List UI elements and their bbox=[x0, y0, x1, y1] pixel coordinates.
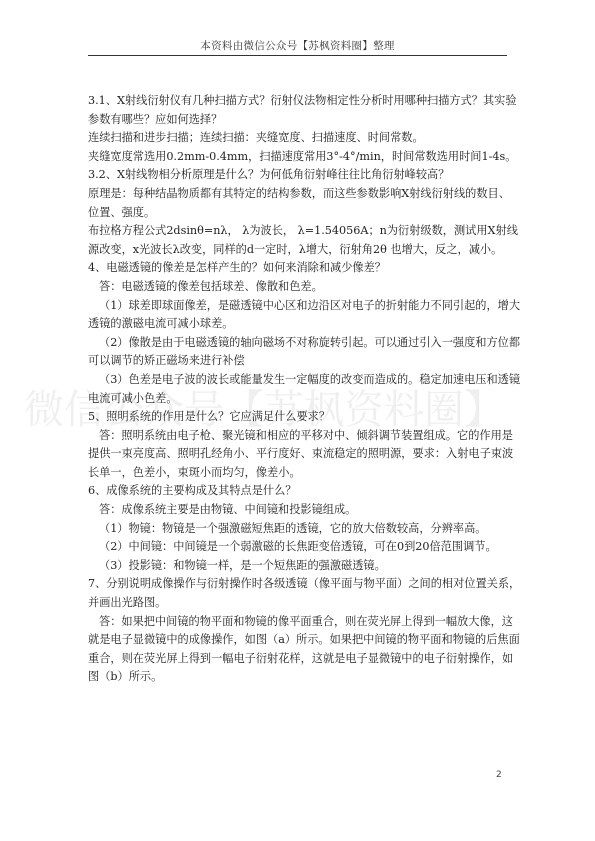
text-line: 5、照明系统的作用是什么？它应满足什么要求？ bbox=[88, 408, 513, 427]
text-line: 重合，则在荧光屏上得到一幅电子衍射花样，这就是电子显微镜中的电子衍射操作，如 bbox=[88, 650, 513, 669]
text-line: 答：成像系统主要是由物镜、中间镜和投影镜组成。 bbox=[88, 501, 513, 520]
text-line: 答：电磁透镜的像差包括球差、像散和色差。 bbox=[88, 278, 513, 297]
text-line: 夹缝宽度常选用0.2mm-0.4mm，扫描速度常用3°-4°/min，时间常数选… bbox=[88, 148, 513, 167]
text-line: 长单一，色差小，束斑小而均匀，像差小。 bbox=[88, 464, 513, 483]
text-line: （2）中间镜：中间镜是一个弱激磁的长焦距变倍透镜，可在0到20倍范围调节。 bbox=[88, 538, 513, 557]
header-divider bbox=[88, 55, 507, 56]
text-line: 原理是：每种结晶物质都有其特定的结构参数，而这些参数影响X射线衍射线的数目、 bbox=[88, 185, 513, 204]
text-line: 4、电磁透镜的像差是怎样产生的？如何来消除和减少像差？ bbox=[88, 259, 513, 278]
text-line: 参数有哪些？应如何选择？ bbox=[88, 111, 513, 130]
text-line: 就是电子显微镜中的成像操作，如图（a）所示。如果把中间镜的物平面和物镜的后焦面 bbox=[88, 631, 513, 650]
text-line: （3）投影镜：和物镜一样，是一个短焦距的强激磁透镜。 bbox=[88, 557, 513, 576]
document-body: 3.1、X射线衍射仪有几种扫描方式？衍射仪法物相定性分析时用哪种扫描方式？其实验… bbox=[88, 92, 513, 687]
text-line: 3.1、X射线衍射仪有几种扫描方式？衍射仪法物相定性分析时用哪种扫描方式？其实验 bbox=[88, 92, 513, 111]
text-line: 图（b）所示。 bbox=[88, 668, 513, 687]
text-line: 可以调节的矫正磁场来进行补偿 bbox=[88, 352, 513, 371]
text-line: 连续扫描和进步扫描；连续扫描：夹缝宽度、扫描速度、时间常数。 bbox=[88, 129, 513, 148]
text-line: 7、分别说明成像操作与衍射操作时各级透镜（像平面与物平面）之间的相对位置关系， bbox=[88, 575, 513, 594]
text-line: 并画出光路图。 bbox=[88, 594, 513, 613]
text-line: （2）像散是由于电磁透镜的轴向磁场不对称旋转引起。可以通过引入一强度和方位都 bbox=[88, 334, 513, 353]
text-line: 答：照明系统由电子枪、聚光镜和相应的平移对中、倾斜调节装置组成。它的作用是 bbox=[88, 427, 513, 446]
text-line: 答：如果把中间镜的物平面和物镜的像平面重合，则在荧光屏上得到一幅放大像，这 bbox=[88, 613, 513, 632]
text-line: 电流可减小色差。 bbox=[88, 390, 513, 409]
text-line: 提供一束亮度高、照明孔经角小、平行度好、束流稳定的照明源，要求：入射电子束波 bbox=[88, 445, 513, 464]
page-header: 本资料由微信公众号【苏枫资料圈】整理 bbox=[88, 38, 507, 53]
page-number: 2 bbox=[496, 770, 502, 780]
text-line: （1）球差即球面像差，是磁透镜中心区和边沿区对电子的折射能力不同引起的，增大 bbox=[88, 297, 513, 316]
text-line: 布拉格方程公式2dsinθ=nλ， λ为波长， λ=1.54056A；n为衍射级… bbox=[88, 222, 513, 241]
text-line: 6、成像系统的主要构成及其特点是什么？ bbox=[88, 482, 513, 501]
text-line: （1）物镜：物镜是一个强激磁短焦距的透镜，它的放大倍数较高，分辨率高。 bbox=[88, 520, 513, 539]
text-line: 3.2、X射线物相分析原理是什么？为何低角衍射峰往往比角衍射峰较高？ bbox=[88, 166, 513, 185]
text-line: （3）色差是电子波的波长或能量发生一定幅度的改变而造成的。稳定加速电压和透镜 bbox=[88, 371, 513, 390]
text-line: 源改变，x光波长λ改变，同样的d一定时，λ增大，衍射角2θ 也增大，反之，减小。 bbox=[88, 241, 513, 260]
text-line: 位置、强度。 bbox=[88, 204, 513, 223]
text-line: 透镜的激磁电流可减小球差。 bbox=[88, 315, 513, 334]
